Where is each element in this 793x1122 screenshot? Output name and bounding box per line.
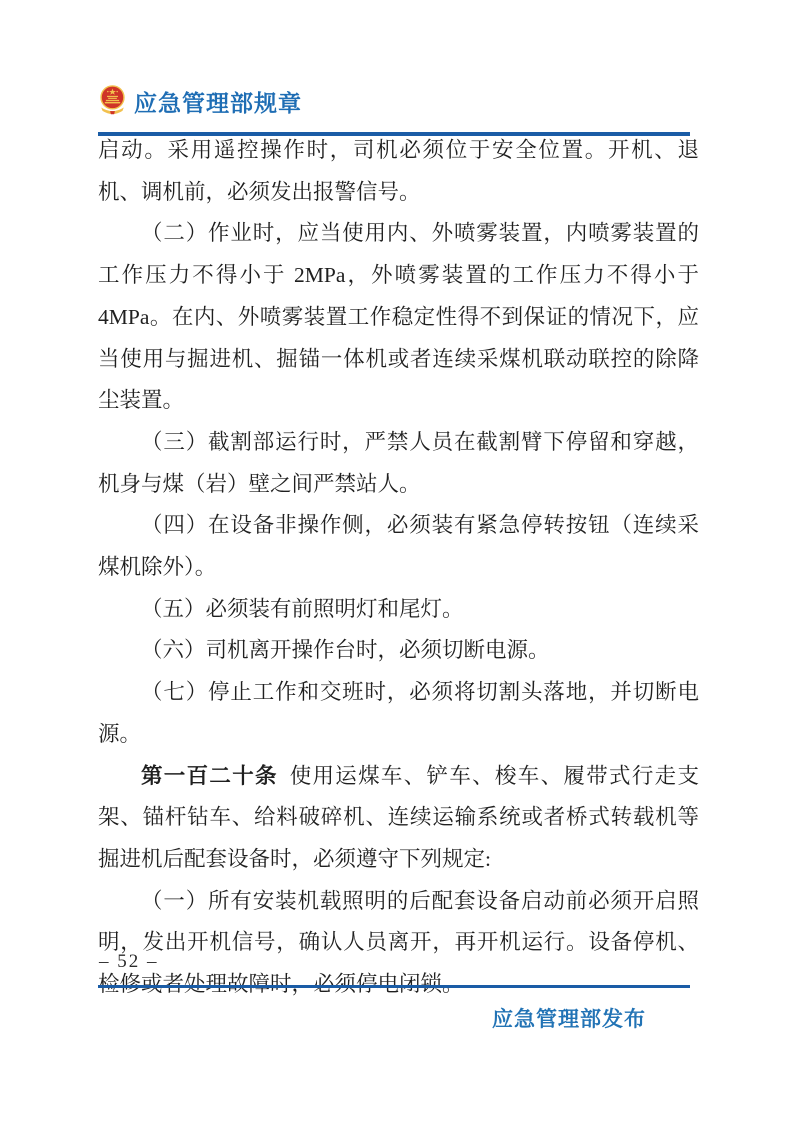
document-body: 启动。采用遥控操作时，司机必须位于安全位置。开机、退机、调机前，必须发出报警信号… — [98, 130, 699, 1006]
paragraph: （三）截割部运行时，严禁人员在截割臂下停留和穿越，机身与煤（岩）壁之间严禁站人。 — [98, 422, 699, 505]
paragraph: （五）必须装有前照明灯和尾灯。 — [98, 589, 699, 631]
publisher-label: 应急管理部发布 — [492, 1003, 646, 1033]
page-header: 应急管理部规章 — [98, 84, 698, 118]
footer-divider — [98, 985, 690, 988]
document-page: 应急管理部规章 启动。采用遥控操作时，司机必须位于安全位置。开机、退机、调机前，… — [0, 0, 793, 1122]
paragraph: （七）停止工作和交班时，必须将切割头落地，并切断电源。 — [98, 672, 699, 755]
paragraph: （四）在设备非操作侧，必须装有紧急停转按钮（连续采煤机除外）。 — [98, 505, 699, 588]
article-number: 第一百二十条 — [141, 764, 278, 788]
paragraph: （六）司机离开操作台时，必须切断电源。 — [98, 630, 699, 672]
paragraph: 启动。采用遥控操作时，司机必须位于安全位置。开机、退机、调机前，必须发出报警信号… — [98, 130, 699, 213]
page-header-title: 应急管理部规章 — [134, 85, 302, 118]
page-number: – 52 – — [99, 951, 159, 973]
paragraph-article-120: 第一百二十条使用运煤车、铲车、梭车、履带式行走支架、锚杆钻车、给料破碎机、连续运… — [98, 756, 699, 881]
china-national-emblem-icon — [98, 84, 127, 118]
paragraph: （二）作业时，应当使用内、外喷雾装置，内喷雾装置的工作压力不得小于 2MPa，外… — [98, 213, 699, 422]
